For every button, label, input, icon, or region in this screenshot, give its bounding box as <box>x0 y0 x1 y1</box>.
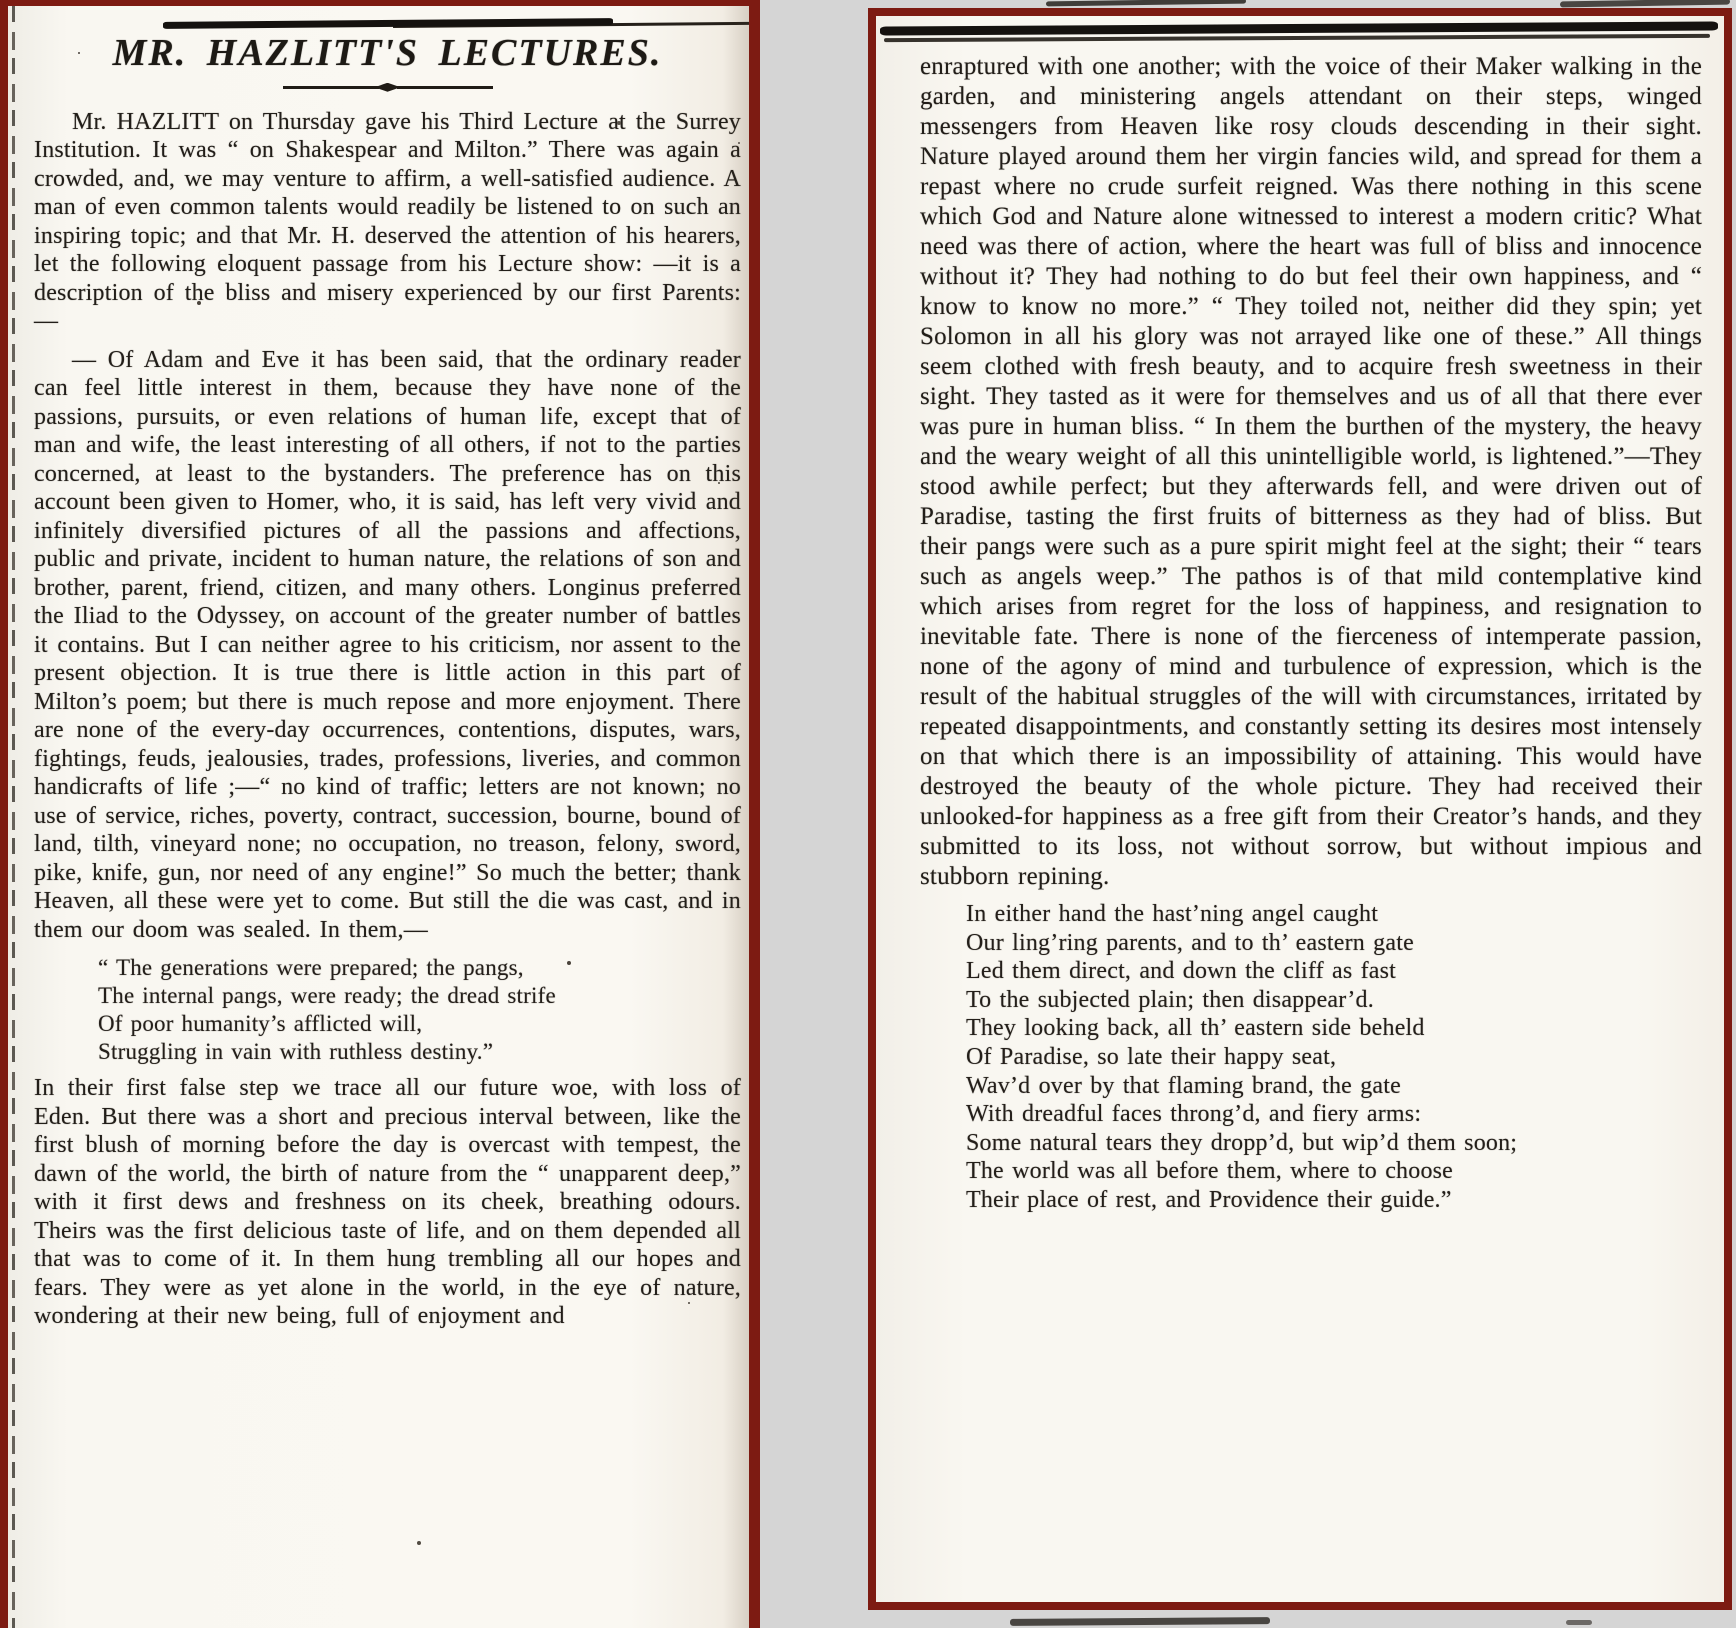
poem-line: Of poor humanity’s afflicted will, <box>98 1010 741 1038</box>
divider-bar-right <box>397 86 493 89</box>
separator-rule-thick <box>880 21 1718 35</box>
cropped-text-fragment-top <box>1046 0 1246 6</box>
paragraph-continuation: In their first false step we trace all o… <box>34 1074 741 1331</box>
cropped-text-fragment-top <box>1560 0 1730 7</box>
paragraph-intro: Mr. HAZLITT on Thursday gave his Third L… <box>34 108 741 336</box>
title-divider <box>283 83 493 92</box>
newspaper-clipping-right: enraptured with one another; with the vo… <box>868 8 1732 1610</box>
cropped-text-fragment-bottom <box>1566 1620 1592 1625</box>
poem-line: Led them direct, and down the cliff as f… <box>966 957 1702 986</box>
masthead-rule <box>162 18 612 29</box>
poem-line: Our ling’ring parents, and to th’ easter… <box>966 929 1702 958</box>
poem-line: The internal pangs, were ready; the drea… <box>98 982 741 1010</box>
poem-line: Struggling in vain with ruthless destiny… <box>98 1038 741 1066</box>
poem-line: Some natural tears they dropp’d, but wip… <box>966 1129 1702 1158</box>
poem-line: With dreadful faces throng’d, and fiery … <box>966 1100 1702 1129</box>
poem-line: “ The generations were prepared; the pan… <box>98 954 741 982</box>
paragraph-lecture-extract-continued: enraptured with one another; with the vo… <box>920 52 1702 892</box>
verse-quotation-right: In either hand the hast’ning angel caugh… <box>966 900 1702 1215</box>
article-title: MR. HAZLITT'S LECTURES. <box>34 33 741 75</box>
cropped-text-fragment-bottom <box>1010 1617 1270 1626</box>
newspaper-clipping-left: MR. HAZLITT'S LECTURES. Mr. HAZLITT on T… <box>0 0 760 1628</box>
poem-line: Wav’d over by that flaming brand, the ga… <box>966 1072 1702 1101</box>
scan-edge-shadow <box>723 6 749 1628</box>
verse-quotation-left: “ The generations were prepared; the pan… <box>98 954 741 1066</box>
separator-rule-thin <box>884 34 1710 42</box>
poem-line: In either hand the hast’ning angel caugh… <box>966 900 1702 929</box>
poem-line: They looking back, all th’ eastern side … <box>966 1014 1702 1043</box>
poem-line: Their place of rest, and Providence thei… <box>966 1186 1702 1215</box>
poem-line: Of Paradise, so late their happy seat, <box>966 1043 1702 1072</box>
scan-background: MR. HAZLITT'S LECTURES. Mr. HAZLITT on T… <box>0 0 1736 1628</box>
divider-diamond <box>375 83 401 92</box>
scan-speckles <box>78 52 80 54</box>
paragraph-lecture-extract: — Of Adam and Eve it has been said, that… <box>34 346 741 945</box>
poem-line: The world was all before them, where to … <box>966 1157 1702 1186</box>
divider-bar-left <box>283 86 379 89</box>
poem-line: To the subjected plain; then disappear’d… <box>966 986 1702 1015</box>
